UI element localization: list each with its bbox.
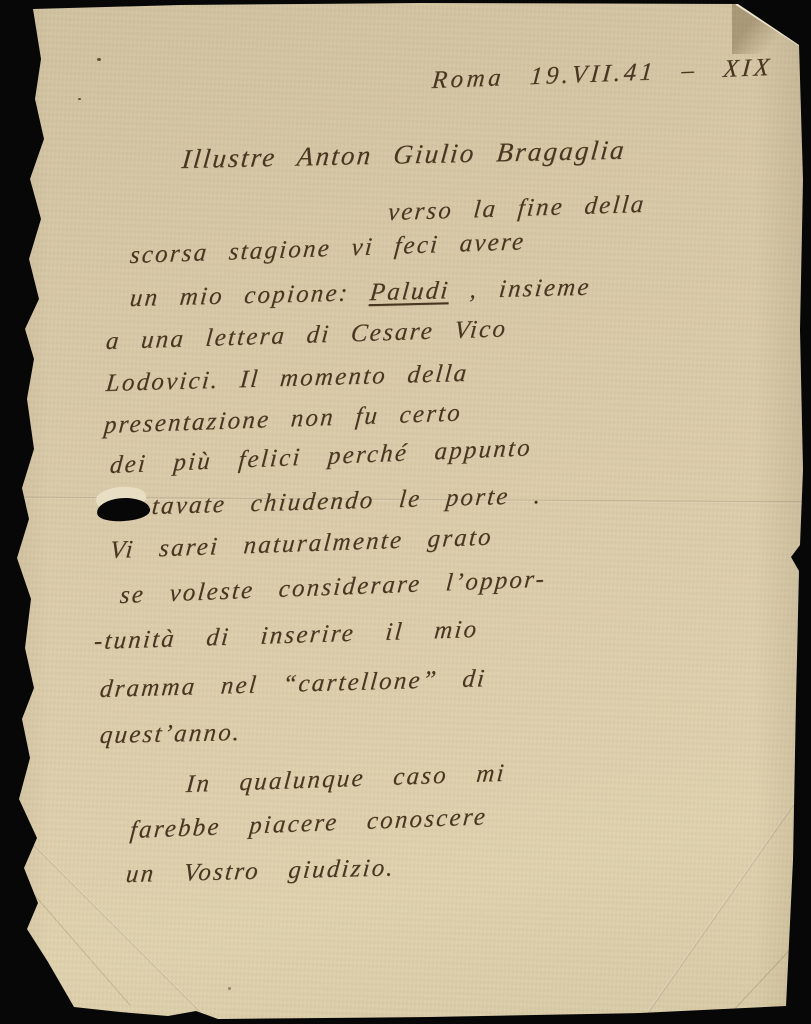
salutation: Illustre Anton Giulio Bragaglia: [181, 137, 628, 173]
body-line: dei più felici perché appunto: [109, 435, 533, 478]
body-line: se voleste considerare l’oppor-: [119, 567, 547, 608]
body-line: scorsa stagione vi feci avere: [129, 229, 526, 268]
body-line: a una lettera di Cesare Vico: [105, 316, 509, 354]
ink-speck: [78, 98, 81, 100]
ink-speck: [228, 987, 231, 990]
bottom-right-crease: [645, 792, 803, 1016]
play-title-paludi: Paludi: [369, 277, 452, 306]
body-line: -tunità di inserire il mio: [93, 617, 480, 654]
bottom-right-crease-faint: [724, 910, 811, 1020]
date-line: Roma 19.VII.41 – XIX: [431, 55, 774, 93]
body-line: quest’anno.: [99, 720, 243, 748]
body-line: Vi sarei naturalmente grato: [109, 525, 494, 563]
body-line: dramma nel “cartellone” di: [99, 666, 488, 702]
bottom-left-fold-crease-faint: [20, 878, 131, 1005]
body-line-segment: un mio copione:: [129, 279, 372, 312]
body-line: Lodovici. Il momento della: [105, 361, 470, 396]
letter-paper: Roma 19.VII.41 – XIX Illustre Anton Giul…: [0, 0, 811, 1024]
body-line: un Vostro giudizio.: [125, 855, 396, 887]
body-line: un mio copione: Paludi , insieme: [129, 275, 592, 311]
body-line: tavate chiudendo le porte .: [151, 483, 544, 519]
body-line: verso la fine della: [387, 192, 647, 225]
top-right-fold-shadow: [732, 0, 811, 54]
ink-speck: [97, 58, 101, 61]
body-line: presentazione non fu certo: [103, 400, 463, 438]
body-line: farebbe piacere conoscere: [129, 804, 488, 843]
top-right-fold-edge: [735, 3, 801, 47]
photo-background: Roma 19.VII.41 – XIX Illustre Anton Giul…: [0, 0, 811, 1024]
body-line: In qualunque caso mi: [185, 761, 507, 797]
body-line-segment: , insieme: [448, 274, 592, 305]
